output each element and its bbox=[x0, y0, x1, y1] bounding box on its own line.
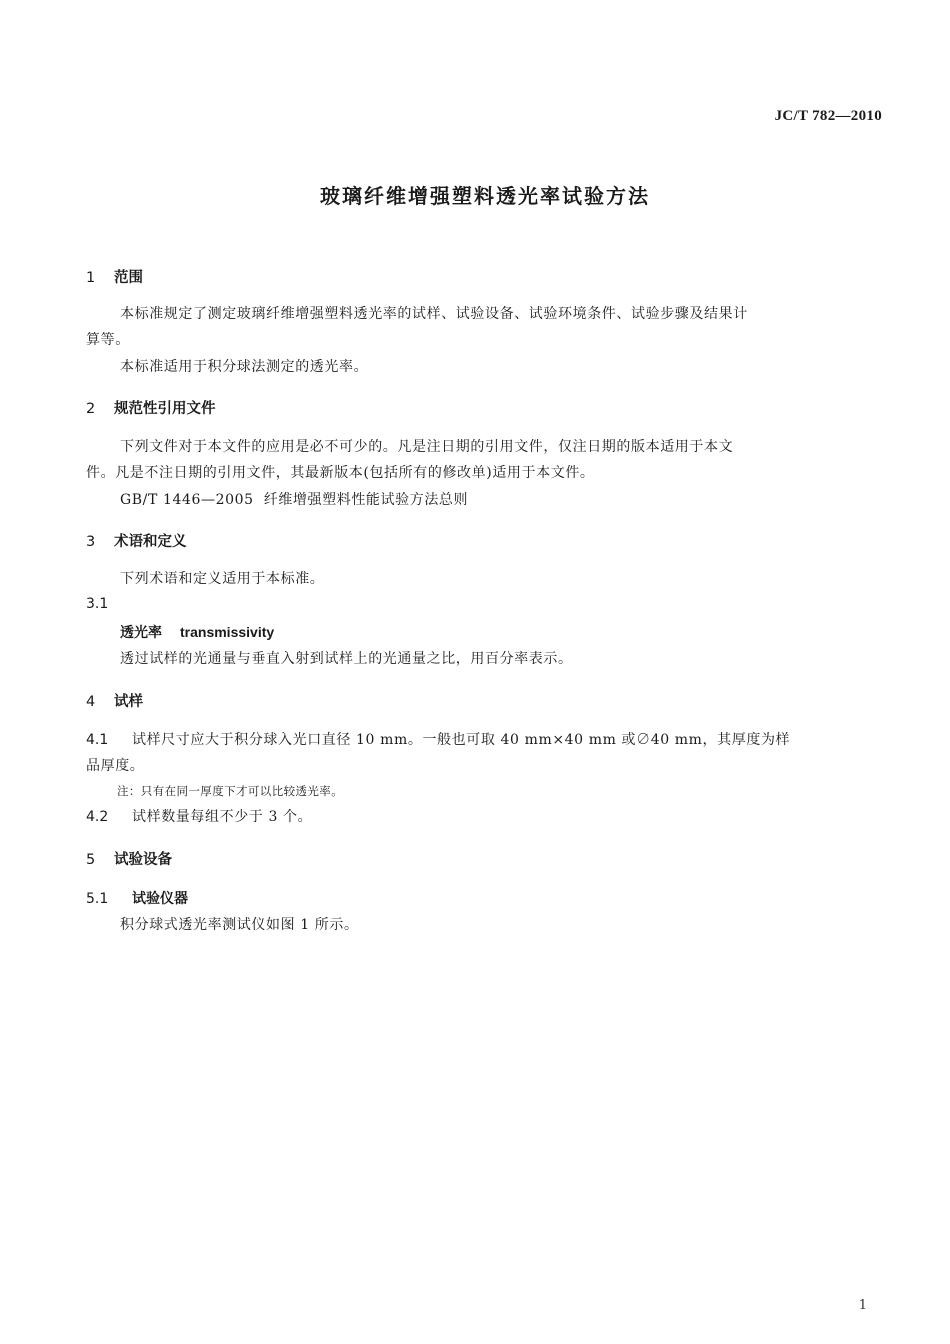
section-title: 规范性引用文件 bbox=[114, 401, 216, 417]
clause-number: 4.1 bbox=[86, 732, 132, 748]
section-4-heading: 4试样 bbox=[86, 690, 143, 711]
clause-number: 5.1 bbox=[86, 891, 132, 907]
page-number: 1 bbox=[859, 1298, 867, 1313]
clause-3-1-number: 3.1 bbox=[86, 596, 132, 612]
term-definition: 透过试样的光通量与垂直入射到试样上的光通量之比，用百分率表示。 bbox=[120, 648, 573, 668]
document-title: 玻璃纤维增强塑料透光率试验方法 bbox=[0, 180, 950, 209]
note: 注：只有在同一厚度下才可以比较透光率。 bbox=[117, 783, 343, 799]
section-title: 试验设备 bbox=[114, 852, 172, 868]
section-2-heading: 2规范性引用文件 bbox=[86, 397, 216, 418]
clause-5-1-text: 积分球式透光率测试仪如图 1 所示。 bbox=[120, 914, 359, 934]
section-1-para-1-line-1: 本标准规定了测定玻璃纤维增强塑料透光率的试样、试验设备、试验环境条件、试验步骤及… bbox=[120, 303, 748, 323]
section-number: 3 bbox=[86, 534, 114, 550]
section-title: 试样 bbox=[114, 694, 143, 710]
section-number: 5 bbox=[86, 852, 114, 868]
clause-number: 4.2 bbox=[86, 809, 132, 825]
term-chinese: 透光率 bbox=[120, 625, 162, 641]
section-title: 术语和定义 bbox=[114, 534, 187, 550]
section-1-para-1-line-2: 算等。 bbox=[86, 329, 130, 349]
section-2-para-line-1: 下列文件对于本文件的应用是必不可少的。凡是注日期的引用文件，仅注日期的版本适用于… bbox=[120, 436, 733, 456]
section-title: 范围 bbox=[114, 270, 143, 286]
section-number: 4 bbox=[86, 694, 114, 710]
term-entry: 透光率transmissivity bbox=[120, 622, 274, 642]
clause-4-1: 4.1试样尺寸应大于积分球入光口直径 10 mm。一般也可取 40 mm×40 … bbox=[86, 729, 790, 749]
normative-reference: GB/T 1446—2005 纤维增强塑料性能试验方法总则 bbox=[120, 489, 468, 509]
clause-text: 试样尺寸应大于积分球入光口直径 10 mm。一般也可取 40 mm×40 mm … bbox=[132, 732, 790, 748]
clause-5-1-heading: 5.1试验仪器 bbox=[86, 888, 188, 908]
section-5-heading: 5试验设备 bbox=[86, 848, 172, 869]
clause-title: 试验仪器 bbox=[132, 891, 188, 907]
section-3-heading: 3术语和定义 bbox=[86, 530, 187, 551]
clause-text: 试样数量每组不少于 3 个。 bbox=[132, 809, 312, 825]
clause-4-1-line-2: 品厚度。 bbox=[86, 755, 144, 775]
standard-code: JC/T 782—2010 bbox=[775, 108, 882, 125]
section-number: 1 bbox=[86, 270, 114, 286]
section-3-intro: 下列术语和定义适用于本标准。 bbox=[120, 568, 324, 588]
section-1-para-2: 本标准适用于积分球法测定的透光率。 bbox=[120, 356, 368, 376]
clause-4-2: 4.2试样数量每组不少于 3 个。 bbox=[86, 806, 312, 826]
section-1-heading: 1范围 bbox=[86, 266, 143, 287]
term-english: transmissivity bbox=[180, 624, 274, 640]
section-number: 2 bbox=[86, 401, 114, 417]
section-2-para-line-2: 件。凡是不注日期的引用文件，其最新版本(包括所有的修改单)适用于本文件。 bbox=[86, 462, 595, 482]
